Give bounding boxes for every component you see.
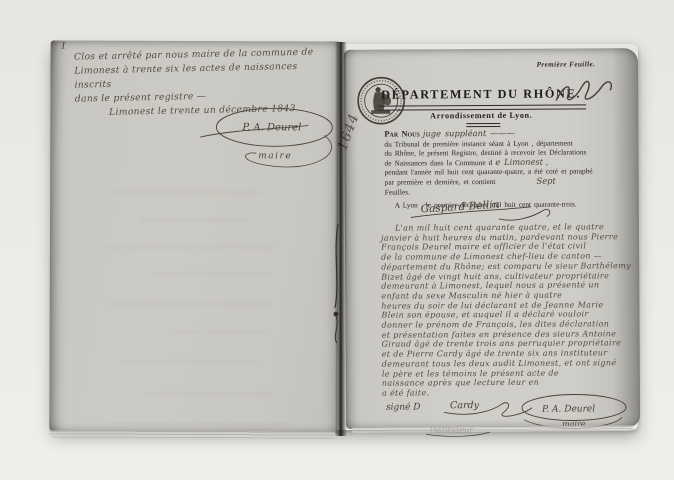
act-line: demeurant tous les deux audit Limonest, … bbox=[382, 358, 638, 369]
page-subtitle: Arrondissement de Lyon. bbox=[356, 110, 606, 121]
binding-thread bbox=[328, 224, 348, 344]
preamble-print: par première et dernière, et contient bbox=[385, 177, 496, 187]
judge-signature-text: Gaspard Bellin bbox=[420, 199, 500, 216]
bleed-through-smudge bbox=[140, 219, 250, 221]
preamble-print: de Naissances dans la Commune d bbox=[385, 158, 493, 168]
subtitle-rule bbox=[466, 123, 500, 127]
bleed-through-smudge bbox=[110, 303, 270, 306]
bleed-through-smudge bbox=[150, 273, 270, 275]
bleed-through-smudge bbox=[110, 191, 260, 194]
corner-mark: 1 bbox=[61, 42, 67, 52]
par-nous-label: Par Nous bbox=[384, 129, 420, 138]
preamble-print: , bbox=[546, 157, 548, 166]
signed-prefix-text: signé D bbox=[386, 401, 421, 412]
bleed-through-smudge bbox=[105, 246, 275, 249]
bleed-through-smudge bbox=[144, 393, 274, 395]
right-page: Première Feuille. DÉPARTEMENT DU RHÔNE. … bbox=[344, 48, 640, 429]
mayor-signature-text: P. A. Deurel bbox=[241, 122, 301, 133]
birth-act-text: L'an mil huit cent quarante quatre, et l… bbox=[381, 222, 638, 398]
hand-sheet-count: Sept bbox=[536, 176, 555, 186]
bleed-through-smudge bbox=[109, 423, 289, 426]
scanned-register-photo: { "document_type": "Registre des naissan… bbox=[0, 0, 674, 480]
preamble-line: Feuilles. bbox=[385, 186, 639, 197]
page-stack-edge bbox=[49, 430, 335, 438]
mayor-signature-block: P. A. Deurel maire bbox=[196, 103, 356, 184]
mayor-signature-text: P. A. Deurel bbox=[541, 404, 595, 414]
left-page: 1 Clos et arrêté par nous maire de la co… bbox=[49, 40, 338, 433]
hand-role: juge suppléant ——— bbox=[423, 128, 515, 139]
bleed-through-smudge bbox=[120, 361, 260, 363]
sheet-label: Première Feuille. bbox=[344, 60, 638, 70]
bleed-through-smudge bbox=[170, 331, 270, 333]
mayor-title-text: maire bbox=[258, 151, 292, 161]
witness-signature-text: Cardy bbox=[450, 400, 480, 411]
cote-paraphe-mark bbox=[552, 74, 618, 108]
hand-commune: e Limonest bbox=[495, 156, 543, 166]
